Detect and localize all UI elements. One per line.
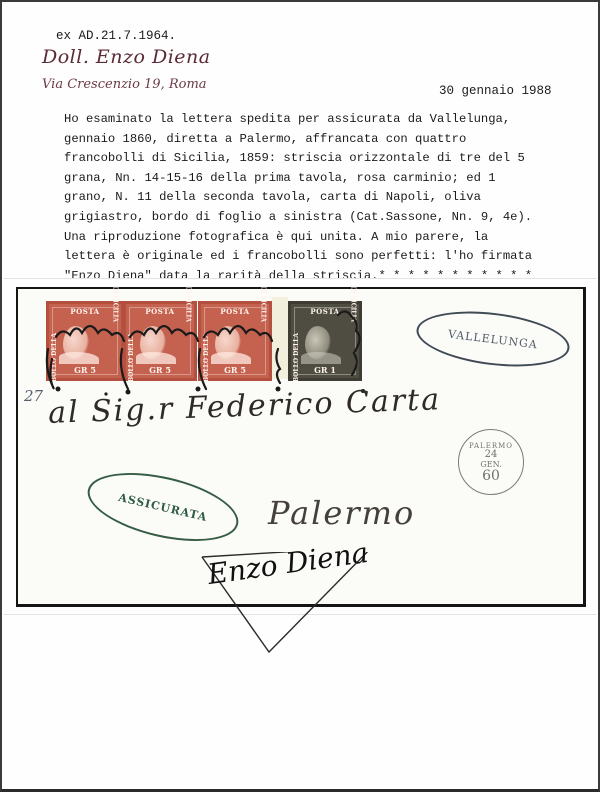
- manuscript-addressee: al Sig.r Federico Carta: [48, 382, 442, 431]
- letterhead-address: Via Crescenzio 19, Roma: [42, 77, 207, 92]
- body-line: lettera è originale ed i francobolli son…: [64, 247, 554, 267]
- registered-handstamp: ASSICURATA: [81, 460, 245, 553]
- palermo-postmark: PALERMO 24 GEN. 60: [458, 429, 524, 495]
- stamp-5-grana: POSTA BOLLO DELLA DI SICILIA GR 5: [46, 301, 124, 381]
- manuscript-city: Palermo: [268, 494, 415, 532]
- manuscript-number: 27: [24, 387, 43, 405]
- body-line: grano, N. 11 della seconda tavola, carta…: [64, 188, 554, 208]
- stamp-5-grana: POSTA BOLLO DELLA DI SICILIA GR 5: [123, 301, 197, 381]
- provenance-note: ex AD.21.7.1964.: [56, 29, 176, 43]
- stamp-5-grana: POSTA BOLLO DELLA DI SICILIA GR 5: [198, 301, 272, 381]
- body-line: grana, Nn. 14-15-16 della prima tavola, …: [64, 169, 554, 189]
- body-line: Ho esaminato la lettera spedita per assi…: [64, 110, 554, 130]
- body-line: gennaio 1860, diretta a Palermo, affranc…: [64, 130, 554, 150]
- fold-line: [4, 278, 596, 279]
- body-line: "Enzo Diena" data la rarità della strisc…: [64, 267, 554, 287]
- body-line: francobolli di Sicilia, 1859: striscia o…: [64, 149, 554, 169]
- sheet-margin: [272, 297, 288, 379]
- origin-handstamp: VALLELUNGA: [413, 304, 572, 374]
- body-line: grigiastro, bordo di foglio a sinistra (…: [64, 208, 554, 228]
- stamp-1-grano: POSTA BOLLO DELLA DI SICILIA GR 1: [288, 301, 362, 381]
- certificate-body: Ho esaminato la lettera spedita per assi…: [64, 110, 554, 286]
- certificate-page: ex AD.21.7.1964. Doll. Enzo Diena Via Cr…: [0, 0, 600, 792]
- body-line: Una riproduzione fotografica è qui unita…: [64, 228, 554, 248]
- certificate-date: 30 gennaio 1988: [439, 84, 552, 98]
- letterhead-name: Doll. Enzo Diena: [42, 46, 211, 68]
